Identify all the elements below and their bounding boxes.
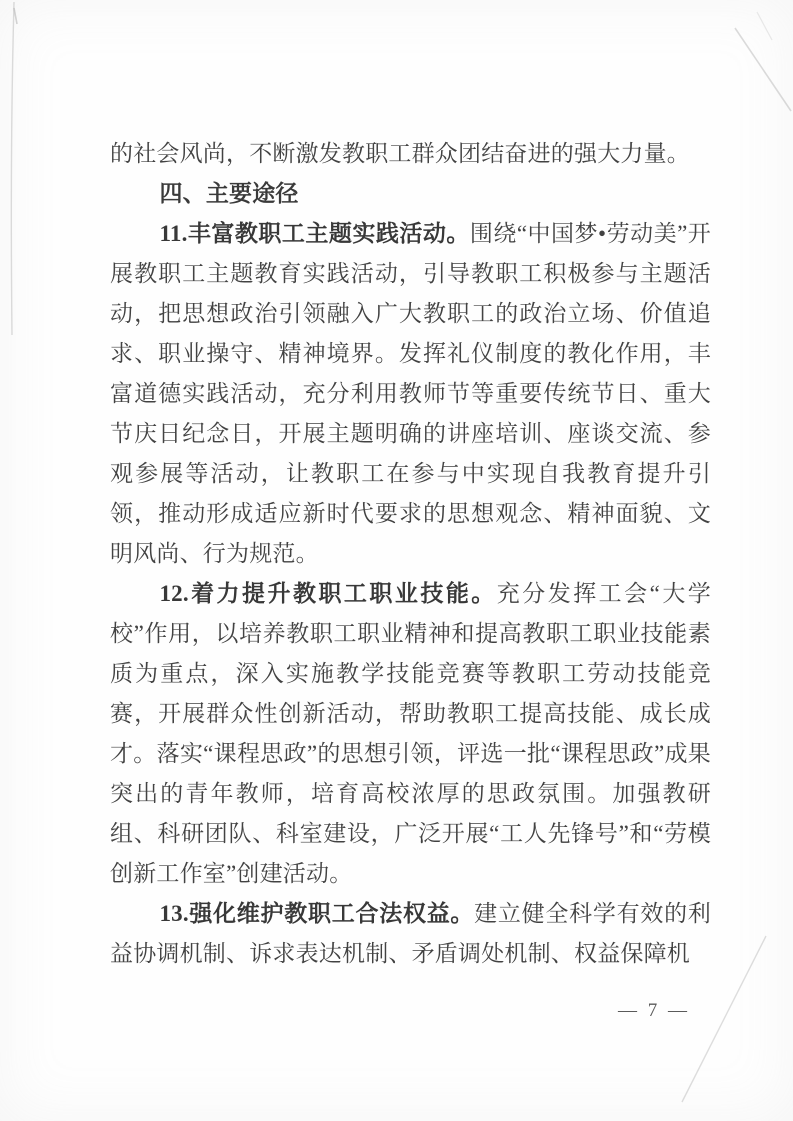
scan-crease-left-tick	[14, 8, 17, 24]
document-page: 的社会风尚，不断激发教职工群众团结奋进的强大力量。 四、主要途径 11.丰富教职…	[0, 0, 793, 1121]
scan-crease-top-right-minor	[757, 12, 772, 40]
paragraph-item-11: 11.丰富教职工主题实践活动。围绕“中国梦•劳动美”开展教职工主题教育实践活动，…	[110, 214, 711, 574]
document-body: 的社会风尚，不断激发教职工群众团结奋进的强大力量。 四、主要途径 11.丰富教职…	[110, 134, 711, 974]
paragraph-item-13-lead: 13.强化维护教职工合法权益。	[159, 901, 474, 926]
scan-crease-left-edge	[11, 2, 14, 335]
paragraph-item-11-text: 围绕“中国梦•劳动美”开展教职工主题教育实践活动，引导教职工积极参与主题活动，把…	[110, 221, 711, 566]
paragraph-item-13: 13.强化维护教职工合法权益。建立健全科学有效的利益协调机制、诉求表达机制、矛盾…	[110, 894, 711, 974]
page-number: — 7 —	[618, 999, 690, 1023]
paragraph-item-11-lead: 11.丰富教职工主题实践活动。	[159, 221, 469, 246]
paragraph-item-12-text: 充分发挥工会“大学校”作用，以培养教职工职业精神和提高教职工职业技能素质为重点，…	[110, 581, 711, 886]
section-heading: 四、主要途径	[110, 174, 711, 214]
paragraph-continuation: 的社会风尚，不断激发教职工群众团结奋进的强大力量。	[110, 134, 711, 174]
paragraph-item-12: 12.着力提升教职工职业技能。充分发挥工会“大学校”作用，以培养教职工职业精神和…	[110, 574, 711, 894]
paragraph-item-12-lead: 12.着力提升教职工职业技能。	[159, 581, 496, 606]
scan-crease-top-right	[735, 28, 791, 111]
